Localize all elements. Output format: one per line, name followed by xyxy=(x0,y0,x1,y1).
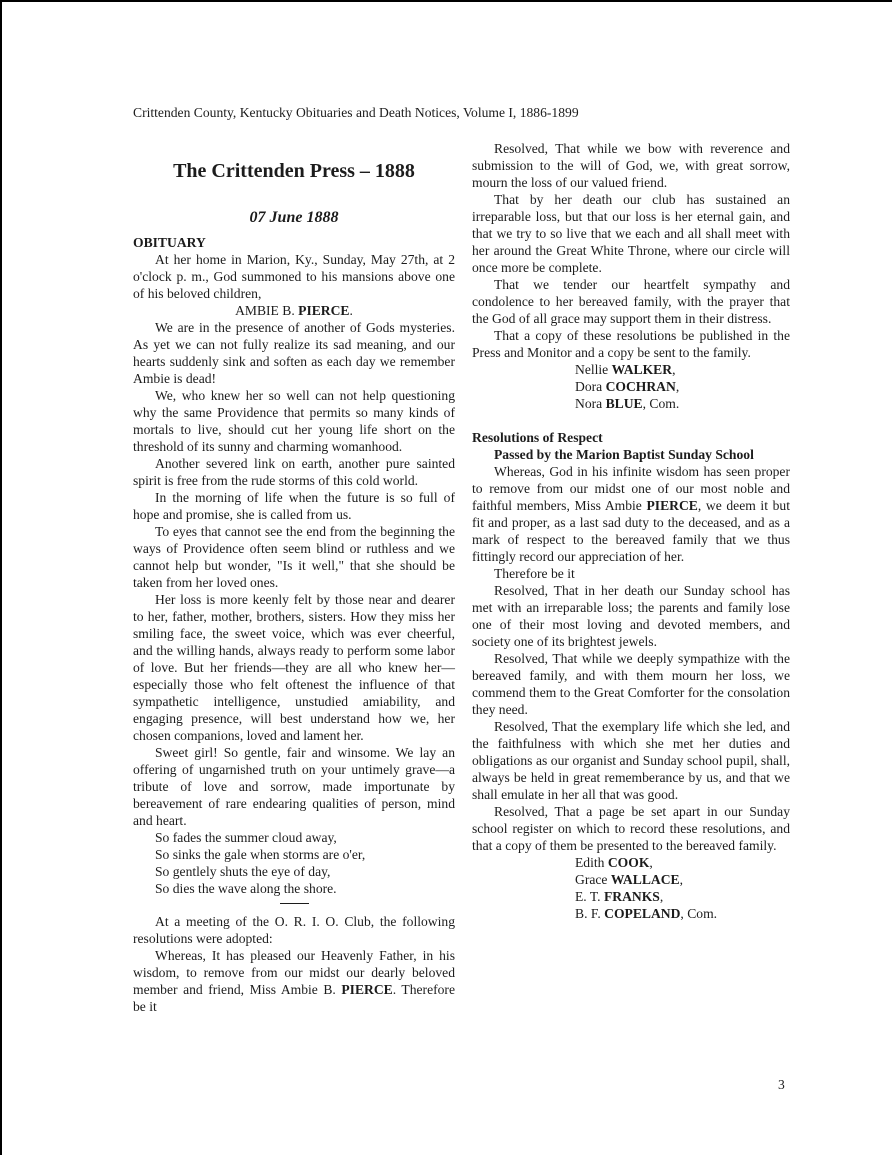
signer-first-name: E. T. xyxy=(575,889,604,904)
signer-surname: COCHRAN xyxy=(606,379,676,394)
committee-signature: Grace WALLACE, xyxy=(575,871,790,888)
running-header: Crittenden County, Kentucky Obituaries a… xyxy=(133,104,579,121)
date-heading: 07 June 1888 xyxy=(133,208,455,228)
paragraph: Sweet girl! So gentle, fair and winsome.… xyxy=(133,744,455,829)
document-page: Crittenden County, Kentucky Obituaries a… xyxy=(0,0,892,1155)
signer-suffix: , xyxy=(680,872,683,887)
signer-first-name: Grace xyxy=(575,872,611,887)
right-column: Resolved, That while we bow with reveren… xyxy=(472,140,790,1015)
obituary-heading: OBITUARY xyxy=(133,234,455,251)
signer-suffix: , Com. xyxy=(680,906,717,921)
name-post: . xyxy=(350,303,353,318)
signer-surname: FRANKS xyxy=(604,889,660,904)
signer-suffix: , xyxy=(660,889,663,904)
committee-signature: E. T. FRANKS, xyxy=(575,888,790,905)
two-column-body: The Crittenden Press – 1888 07 June 1888… xyxy=(133,140,790,1015)
signer-suffix: , xyxy=(672,362,675,377)
paragraph: That a copy of these resolutions be publ… xyxy=(472,327,790,361)
paragraph: Another severed link on earth, another p… xyxy=(133,455,455,489)
poem-line: So sinks the gale when storms are o'er, xyxy=(155,846,455,863)
paragraph: At her home in Marion, Ky., Sunday, May … xyxy=(133,251,455,302)
deceased-name-line: AMBIE B. PIERCE. xyxy=(133,302,455,319)
paragraph: Resolved, That while we deeply sympathiz… xyxy=(472,650,790,718)
poem-line: So fades the summer cloud away, xyxy=(155,829,455,846)
paragraph: To eyes that cannot see the end from the… xyxy=(133,523,455,591)
committee-signature: Nellie WALKER, xyxy=(575,361,790,378)
signer-surname: WALKER xyxy=(612,362,672,377)
committee-signature: Nora BLUE, Com. xyxy=(575,395,790,412)
signer-suffix: , xyxy=(649,855,652,870)
committee-signature: Dora COCHRAN, xyxy=(575,378,790,395)
paragraph: Whereas, God in his infinite wisdom has … xyxy=(472,463,790,565)
name-pre: AMBIE B. xyxy=(235,303,298,318)
paragraph: We, who knew her so well can not help qu… xyxy=(133,387,455,455)
resolutions-subheading: Passed by the Marion Baptist Sunday Scho… xyxy=(472,446,790,463)
surname-emphasis: PIERCE xyxy=(341,982,392,997)
left-column: The Crittenden Press – 1888 07 June 1888… xyxy=(133,140,455,1015)
scan-edge-top xyxy=(0,0,892,2)
signer-first-name: Nellie xyxy=(575,362,612,377)
signer-surname: BLUE xyxy=(606,396,643,411)
signer-first-name: Dora xyxy=(575,379,606,394)
resolutions-heading: Resolutions of Respect xyxy=(472,429,790,446)
paragraph: Therefore be it xyxy=(472,565,790,582)
signer-surname: COPELAND xyxy=(604,906,680,921)
paragraph: Her loss is more keenly felt by those ne… xyxy=(133,591,455,744)
surname-emphasis: PIERCE xyxy=(646,498,697,513)
paragraph: Resolved, That the exemplary life which … xyxy=(472,718,790,803)
paragraph: At a meeting of the O. R. I. O. Club, th… xyxy=(133,913,455,947)
poem-line: So dies the wave along the shore. xyxy=(155,880,455,897)
paragraph: That we tender our heartfelt sympathy an… xyxy=(472,276,790,327)
paragraph: Resolved, That a page be set apart in ou… xyxy=(472,803,790,854)
signer-surname: COOK xyxy=(608,855,650,870)
signer-first-name: Edith xyxy=(575,855,608,870)
signer-first-name: B. F. xyxy=(575,906,604,921)
signer-suffix: , xyxy=(676,379,679,394)
paragraph: Resolved, That in her death our Sunday s… xyxy=(472,582,790,650)
poem-line: So gentlely shuts the eye of day, xyxy=(155,863,455,880)
page-number: 3 xyxy=(778,1076,785,1093)
name-surname: PIERCE xyxy=(298,303,349,318)
paragraph: That by her death our club has sustained… xyxy=(472,191,790,276)
scan-edge-left xyxy=(0,0,2,1155)
committee-signature: B. F. COPELAND, Com. xyxy=(575,905,790,922)
signer-suffix: , Com. xyxy=(643,396,680,411)
paragraph: We are in the presence of another of God… xyxy=(133,319,455,387)
signer-first-name: Nora xyxy=(575,396,606,411)
article-title: The Crittenden Press – 1888 xyxy=(133,158,455,184)
paragraph: In the morning of life when the future i… xyxy=(133,489,455,523)
section-divider-rule xyxy=(280,903,309,904)
paragraph: Resolved, That while we bow with reveren… xyxy=(472,140,790,191)
paragraph: Whereas, It has pleased our Heavenly Fat… xyxy=(133,947,455,1015)
committee-signature: Edith COOK, xyxy=(575,854,790,871)
signer-surname: WALLACE xyxy=(611,872,680,887)
